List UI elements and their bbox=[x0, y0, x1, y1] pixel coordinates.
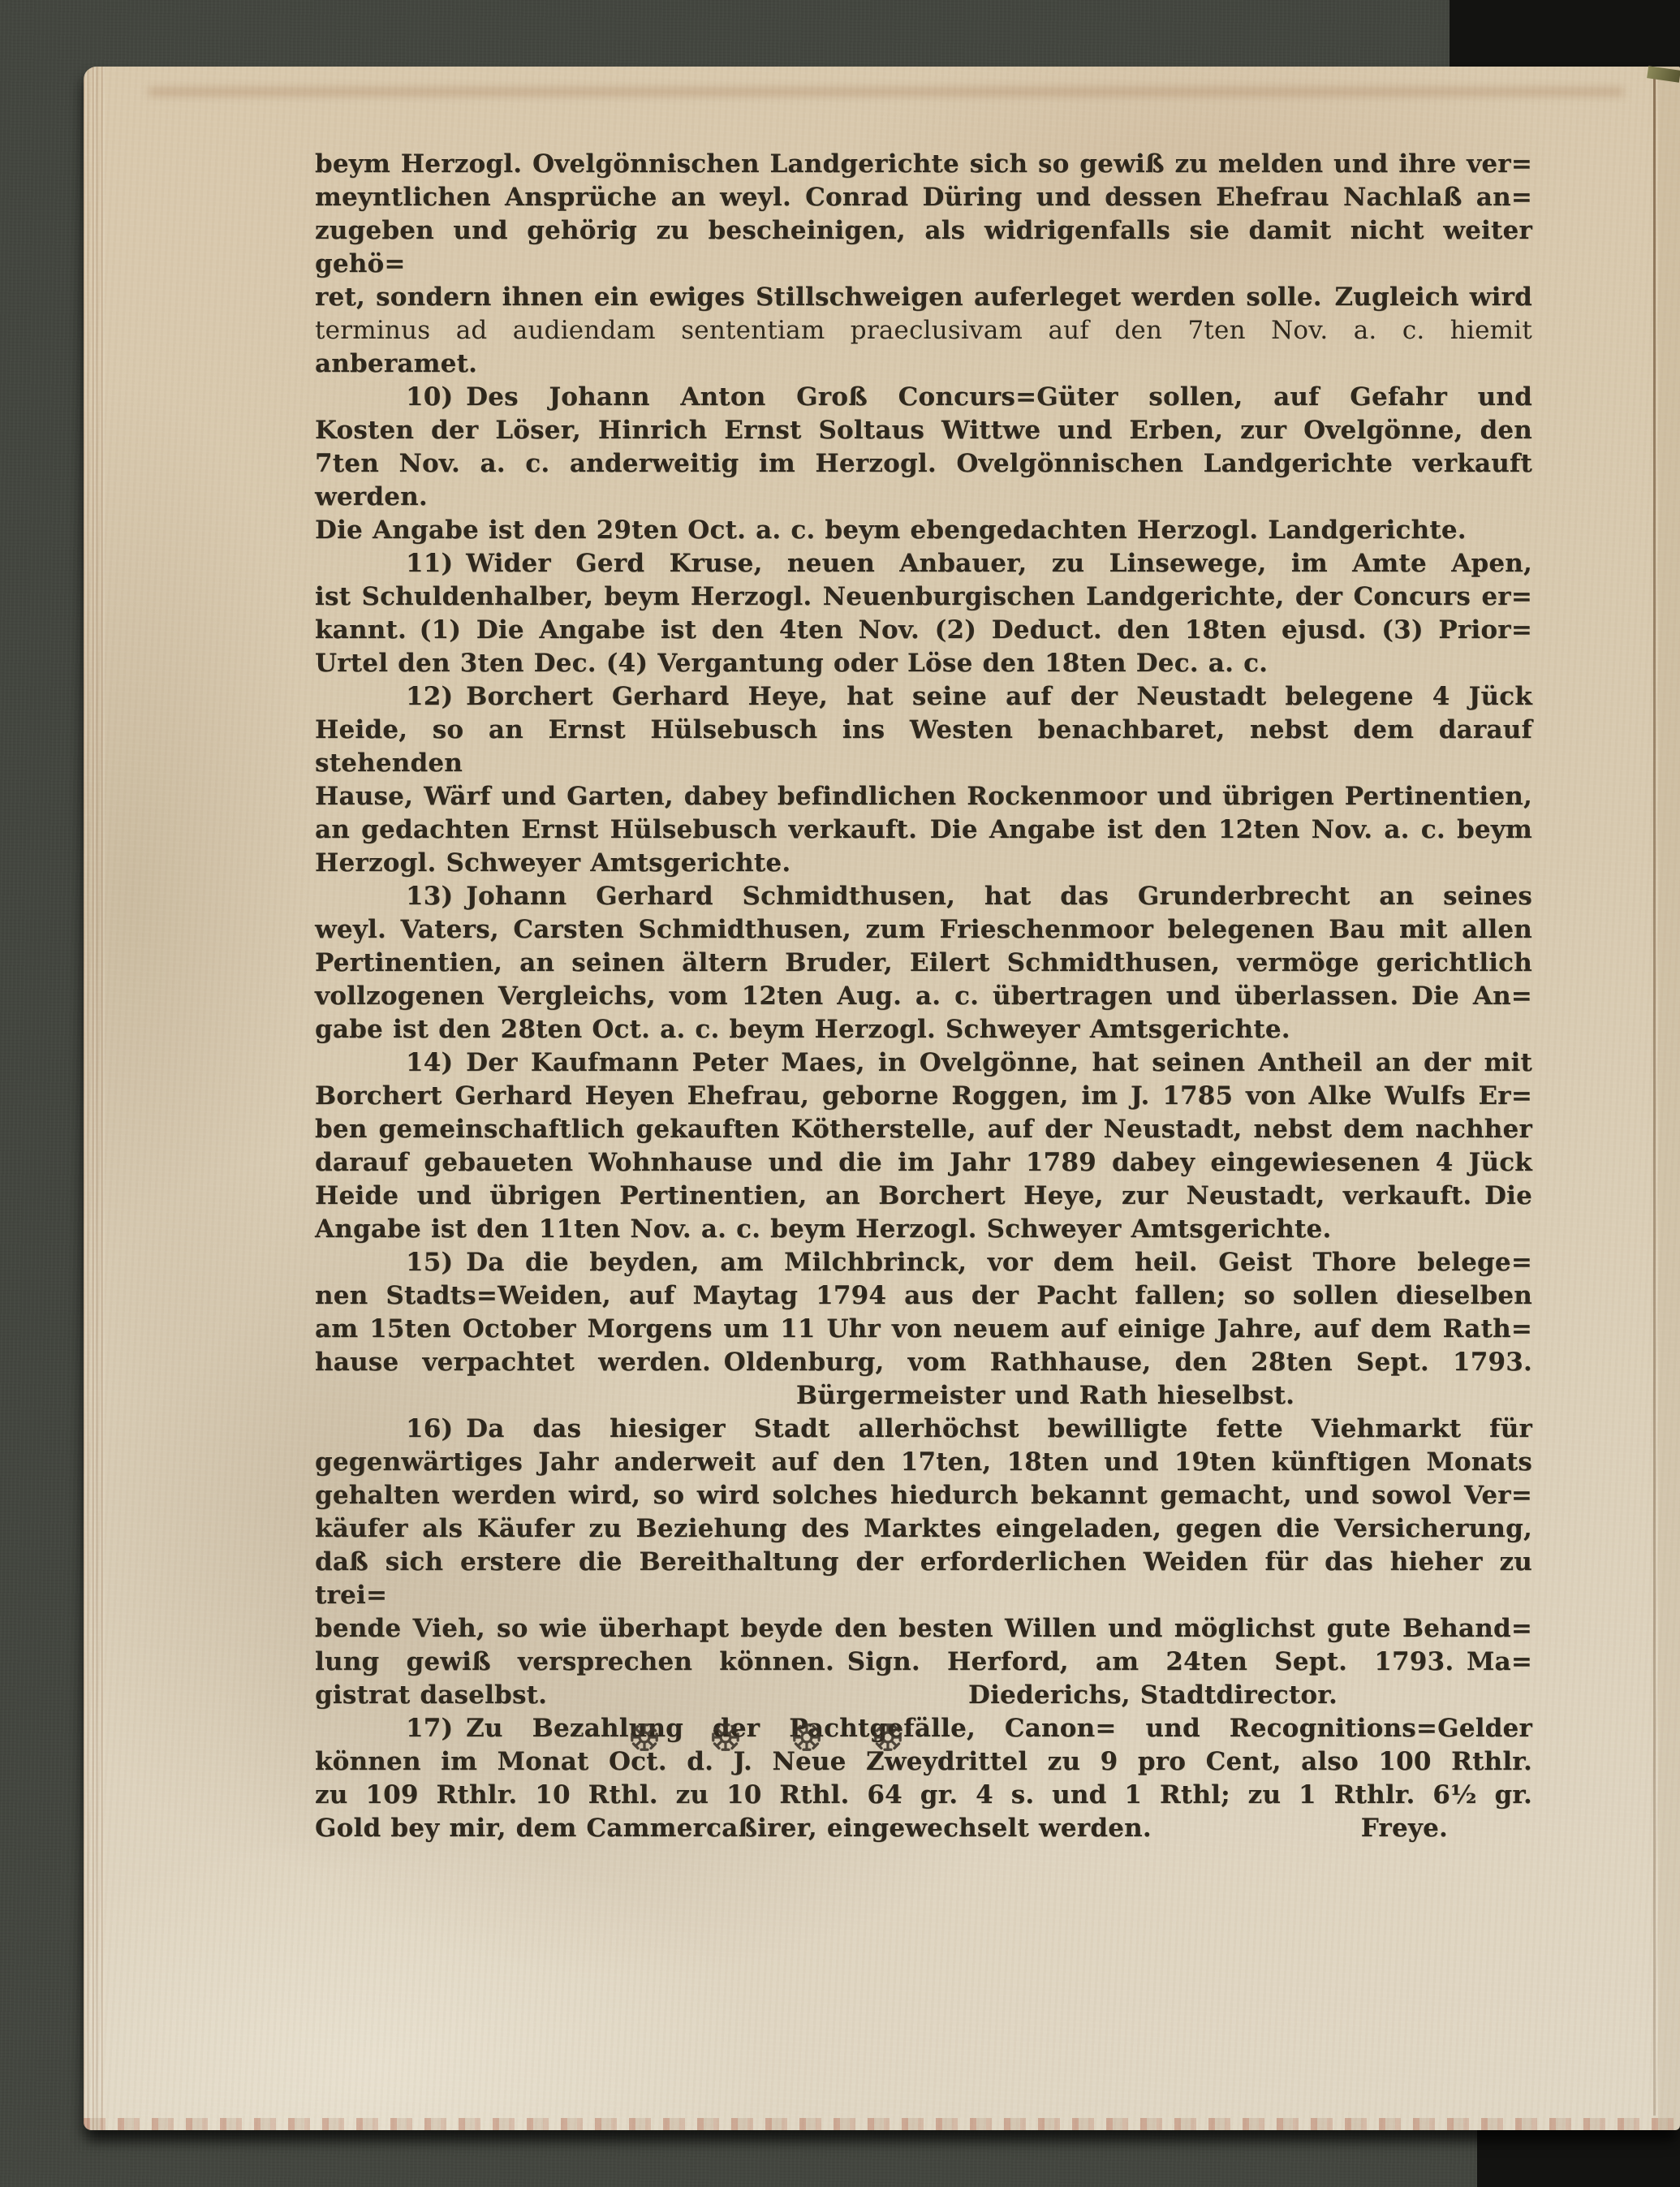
text-line: Hause, Wärf und Garten, dabey befindlich… bbox=[315, 780, 1532, 813]
text-line: zugeben und gehörig zu bescheinigen, als… bbox=[315, 214, 1532, 281]
text-line: Urtel den 3ten Dec. (4) Vergantung oder … bbox=[315, 647, 1532, 680]
text-line: Die Angabe ist den 29ten Oct. a. c. beym… bbox=[315, 514, 1532, 547]
text-fragment: gistrat daselbst. bbox=[315, 1679, 547, 1712]
text-line: Borchert Gerhard Heyen Ehefrau, geborne … bbox=[315, 1080, 1532, 1113]
freye-signature: Freye. bbox=[1361, 1812, 1448, 1845]
text-line-latin: terminus ad audiendam sententiam praeclu… bbox=[315, 314, 1532, 347]
text-line: darauf gebaueten Wohnhause und die im Ja… bbox=[315, 1146, 1532, 1180]
text-line: hause verpachtet werden. Oldenburg, vom … bbox=[315, 1346, 1532, 1379]
text-line: weyl. Vaters, Carsten Schmidthusen, zum … bbox=[315, 913, 1532, 947]
stadtdirector-signature: Diederichs, Stadtdirector. bbox=[968, 1679, 1338, 1712]
notice-12-first-line: 12) Borchert Gerhard Heye, hat seine auf… bbox=[315, 680, 1532, 714]
burgermeister-signature-line: Bürgermeister und Rath hieselbst. bbox=[315, 1379, 1532, 1413]
text-line: am 15ten October Morgens um 11 Uhr von n… bbox=[315, 1313, 1532, 1346]
notice-11-first-line: 11) Wider Gerd Kruse, neuen Anbauer, zu … bbox=[315, 547, 1532, 580]
text-line: an gedachten Ernst Hülsebusch verkauft. … bbox=[315, 813, 1532, 847]
stacked-page-edges-left bbox=[84, 67, 105, 2130]
book-page: beym Herzogl. Ovelgönnischen Landgericht… bbox=[84, 67, 1680, 2130]
deckle-edge-bottom bbox=[84, 2118, 1680, 2130]
text-line: vollzogenen Vergleichs, vom 12ten Aug. a… bbox=[315, 980, 1532, 1013]
text-line: zu 109 Rthlr. 10 Rthl. zu 10 Rthl. 64 gr… bbox=[315, 1779, 1532, 1812]
fore-edge-crease bbox=[1653, 73, 1656, 2116]
ornament-row bbox=[629, 1719, 903, 1755]
rosette-ornament-icon bbox=[629, 1719, 660, 1755]
text-line: gehalten werden wird, so wird solches hi… bbox=[315, 1479, 1532, 1512]
text-line: nen Stadts=Weiden, auf Maytag 1794 aus d… bbox=[315, 1279, 1532, 1313]
notice-17-signature-line: Gold bey mir, dem Cammercaßirer, eingewe… bbox=[315, 1812, 1532, 1845]
text-line: ret, sondern ihnen ein ewiges Stillschwe… bbox=[315, 281, 1532, 314]
top-edge-stain bbox=[149, 88, 1623, 96]
text-fragment: Gold bey mir, dem Cammercaßirer, eingewe… bbox=[315, 1812, 1152, 1845]
text-line: Pertinentien, an seinen ältern Bruder, E… bbox=[315, 947, 1532, 980]
text-line: können im Monat Oct. d. J. Neue Zweydrit… bbox=[315, 1745, 1532, 1779]
text-line: käufer als Käufer zu Beziehung des Markt… bbox=[315, 1512, 1532, 1546]
rosette-ornament-icon bbox=[710, 1719, 741, 1755]
text-line: lung gewiß versprechen können. Sign. Her… bbox=[315, 1646, 1532, 1679]
notice-16-first-line: 16) Da das hiesiger Stadt allerhöchst be… bbox=[315, 1413, 1532, 1446]
notice-16-signature-line: gistrat daselbst. Diederichs, Stadtdirec… bbox=[315, 1679, 1532, 1712]
text-line: daß sich erstere die Bereithaltung der e… bbox=[315, 1546, 1532, 1612]
text-line: Heide und übrigen Pertinentien, an Borch… bbox=[315, 1180, 1532, 1213]
text-line: kannt. (1) Die Angabe ist den 4ten Nov. … bbox=[315, 614, 1532, 647]
rosette-ornament-icon bbox=[872, 1719, 903, 1755]
fore-edge-panel bbox=[1658, 67, 1680, 2130]
text-line: Kosten der Löser, Hinrich Ernst Soltaus … bbox=[315, 414, 1532, 447]
notice-17-first-line: 17) Zu Bezahlung der Pachtgefälle, Canon… bbox=[315, 1712, 1532, 1745]
text-line: beym Herzogl. Ovelgönnischen Landgericht… bbox=[315, 148, 1532, 181]
notice-10-first-line: 10) Des Johann Anton Groß Concurs=Güter … bbox=[315, 381, 1532, 414]
text-line: ben gemeinschaftlich gekauften Kötherste… bbox=[315, 1113, 1532, 1146]
text-line: bende Vieh, so wie überhapt beyde den be… bbox=[315, 1612, 1532, 1646]
text-line: gabe ist den 28ten Oct. a. c. beym Herzo… bbox=[315, 1013, 1532, 1046]
page-text: beym Herzogl. Ovelgönnischen Landgericht… bbox=[315, 148, 1532, 1845]
text-line: anberamet. bbox=[315, 347, 1532, 381]
notice-15-first-line: 15) Da die beyden, am Milchbrinck, vor d… bbox=[315, 1246, 1532, 1279]
text-line: meyntlichen Ansprüche an weyl. Conrad Dü… bbox=[315, 181, 1532, 214]
rosette-ornament-icon bbox=[791, 1719, 822, 1755]
text-line: Heide, so an Ernst Hülsebusch ins Westen… bbox=[315, 714, 1532, 780]
text-line: ist Schuldenhalber, beym Herzogl. Neuenb… bbox=[315, 580, 1532, 614]
text-line: Angabe ist den 11ten Nov. a. c. beym Her… bbox=[315, 1213, 1532, 1246]
text-line: 7ten Nov. a. c. anderweitig im Herzogl. … bbox=[315, 447, 1532, 514]
text-line: Herzogl. Schweyer Amtsgerichte. bbox=[315, 847, 1532, 880]
notice-14-first-line: 14) Der Kaufmann Peter Maes, in Ovelgönn… bbox=[315, 1046, 1532, 1080]
text-line: gegenwärtiges Jahr anderweit auf den 17t… bbox=[315, 1446, 1532, 1479]
notice-13-first-line: 13) Johann Gerhard Schmidthusen, hat das… bbox=[315, 880, 1532, 913]
